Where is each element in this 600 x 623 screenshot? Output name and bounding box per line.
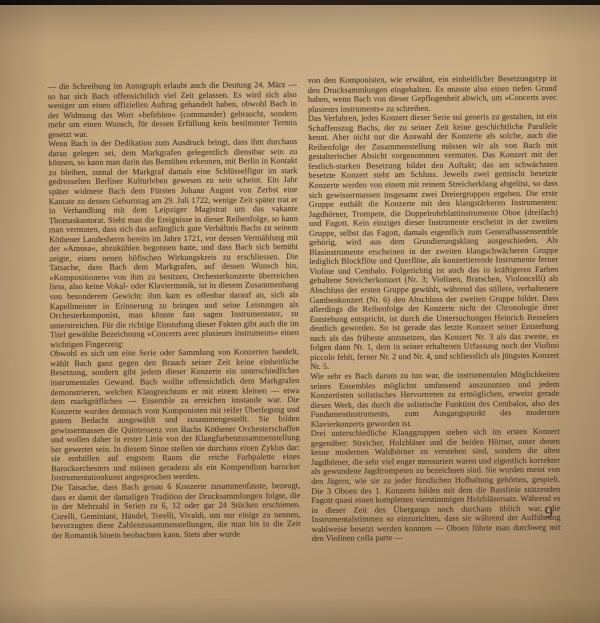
paragraph: von den Komponisten, wie erwähnt, ein ei… [308, 74, 557, 114]
paragraph: — die Schreibung im Autograph erlaubt au… [48, 80, 297, 139]
paragraph: Wenn Bach in der Dedikation zum Ausdruck… [48, 137, 299, 349]
paragraph: Obwohl es sich um eine Serie oder Sammlu… [50, 347, 300, 483]
text-column-left: — die Schreibung im Autograph erlaubt au… [48, 80, 301, 540]
text-column-right: von den Komponisten, wie erwähnt, ein ei… [308, 74, 561, 544]
paragraph: Die Tatsache, dass Bach genau 6 Konzerte… [51, 481, 300, 540]
page-number: 9 [544, 503, 553, 523]
photographed-book-page: — die Schreibung im Autograph erlaubt au… [0, 0, 600, 623]
paragraph: Drei unterschiedliche Klanggruppen stehe… [311, 427, 561, 544]
paragraph: Das Verfahren, jedes Konzert dieser Seri… [308, 112, 559, 372]
page-content: — die Schreibung im Autograph erlaubt au… [0, 0, 600, 621]
paragraph: Wie sehr es Bach darum zu tun war, die i… [310, 370, 559, 429]
